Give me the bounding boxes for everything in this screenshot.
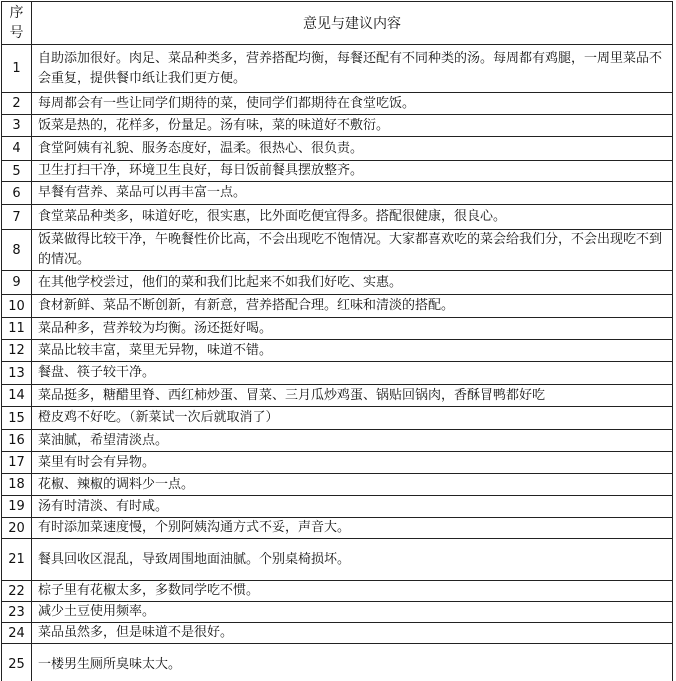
row-content: 餐具回收区混乱，导致周围地面油腻。个别桌椅损坏。 <box>32 539 673 581</box>
row-content: 自助添加很好。肉足、菜品种类多，营养搭配均衡，每餐还配有不同种类的汤。每周都有鸡… <box>32 45 673 93</box>
row-content: 食堂阿姨有礼貌、服务态度好，温柔。很热心、很负责。 <box>32 137 673 161</box>
row-number: 5 <box>2 161 32 182</box>
row-number: 6 <box>2 182 32 205</box>
row-content: 菜品虽然多，但是味道不是很好。 <box>32 623 673 644</box>
table-row: 20有时添加菜速度慢，个别阿姨沟通方式不妥，声音大。 <box>2 518 673 539</box>
table-row: 13餐盘、筷子较干净。 <box>2 362 673 385</box>
row-number: 21 <box>2 539 32 581</box>
table-row: 24菜品虽然多，但是味道不是很好。 <box>2 623 673 644</box>
table-row: 17菜里有时会有异物。 <box>2 452 673 474</box>
table-row: 2每周都会有一些让同学们期待的菜，使同学们都期待在食堂吃饭。 <box>2 93 673 115</box>
row-number: 17 <box>2 452 32 474</box>
table-row: 23减少土豆使用频率。 <box>2 602 673 623</box>
row-number: 7 <box>2 205 32 230</box>
row-content: 花椒、辣椒的调料少一点。 <box>32 474 673 496</box>
table-row: 25一楼男生厕所臭味太大。 <box>2 644 673 681</box>
table-row: 19汤有时清淡、有时咸。 <box>2 496 673 518</box>
row-number: 19 <box>2 496 32 518</box>
row-number: 3 <box>2 115 32 137</box>
row-number: 14 <box>2 385 32 407</box>
row-number: 2 <box>2 93 32 115</box>
table-row: 21餐具回收区混乱，导致周围地面油腻。个别桌椅损坏。 <box>2 539 673 581</box>
row-content: 减少土豆使用频率。 <box>32 602 673 623</box>
header-content: 意见与建议内容 <box>32 2 673 45</box>
row-content: 餐盘、筷子较干净。 <box>32 362 673 385</box>
row-content: 汤有时清淡、有时咸。 <box>32 496 673 518</box>
table-row: 15橙皮鸡不好吃。（新菜试一次后就取消了） <box>2 407 673 430</box>
row-content: 卫生打扫干净，环境卫生良好，每日饭前餐具摆放整齐。 <box>32 161 673 182</box>
row-content: 橙皮鸡不好吃。（新菜试一次后就取消了） <box>32 407 673 430</box>
row-number: 15 <box>2 407 32 430</box>
table-row: 7食堂菜品种类多，味道好吃，很实惠，比外面吃便宜得多。搭配很健康，很良心。 <box>2 205 673 230</box>
row-number: 8 <box>2 230 32 271</box>
table-row: 3饭菜是热的，花样多，份量足。汤有味，菜的味道好不敷衍。 <box>2 115 673 137</box>
table-row: 18花椒、辣椒的调料少一点。 <box>2 474 673 496</box>
row-content: 在其他学校尝过，他们的菜和我们比起来不如我们好吃、实惠。 <box>32 271 673 295</box>
table-row: 16菜油腻，希望清淡点。 <box>2 430 673 452</box>
row-content: 棕子里有花椒太多，多数同学吃不惯。 <box>32 581 673 602</box>
row-content: 菜品种多，营养较为均衡。汤还挺好喝。 <box>32 318 673 340</box>
row-number: 12 <box>2 340 32 362</box>
row-content: 一楼男生厕所臭味太大。 <box>32 644 673 681</box>
header-row: 序号 意见与建议内容 <box>2 2 673 45</box>
row-content: 食材新鲜、菜品不断创新，有新意，营养搭配合理。红味和清淡的搭配。 <box>32 295 673 318</box>
header-number-label: 序号 <box>9 3 25 43</box>
row-content: 每周都会有一些让同学们期待的菜，使同学们都期待在食堂吃饭。 <box>32 93 673 115</box>
row-number: 22 <box>2 581 32 602</box>
table-row: 4食堂阿姨有礼貌、服务态度好，温柔。很热心、很负责。 <box>2 137 673 161</box>
table-row: 8饭菜做得比较干净，午晚餐性价比高，不会出现吃不饱情况。大家都喜欢吃的菜会给我们… <box>2 230 673 271</box>
row-number: 18 <box>2 474 32 496</box>
row-number: 11 <box>2 318 32 340</box>
row-number: 24 <box>2 623 32 644</box>
row-number: 4 <box>2 137 32 161</box>
table-row: 10食材新鲜、菜品不断创新，有新意，营养搭配合理。红味和清淡的搭配。 <box>2 295 673 318</box>
row-number: 10 <box>2 295 32 318</box>
table-row: 11菜品种多，营养较为均衡。汤还挺好喝。 <box>2 318 673 340</box>
row-number: 25 <box>2 644 32 681</box>
row-content: 饭菜是热的，花样多，份量足。汤有味，菜的味道好不敷衍。 <box>32 115 673 137</box>
table-row: 9在其他学校尝过，他们的菜和我们比起来不如我们好吃、实惠。 <box>2 271 673 295</box>
row-content: 菜品挺多，糖醋里脊、西红柿炒蛋、冒菜、三月瓜炒鸡蛋、锅贴回锅肉，香酥冒鸭都好吃 <box>32 385 673 407</box>
row-content: 早餐有营养、菜品可以再丰富一点。 <box>32 182 673 205</box>
row-content: 有时添加菜速度慢，个别阿姨沟通方式不妥，声音大。 <box>32 518 673 539</box>
row-content: 菜品比较丰富，菜里无异物，味道不错。 <box>32 340 673 362</box>
feedback-table: 序号 意见与建议内容 1自助添加很好。肉足、菜品种类多，营养搭配均衡，每餐还配有… <box>1 1 673 681</box>
table-row: 1自助添加很好。肉足、菜品种类多，营养搭配均衡，每餐还配有不同种类的汤。每周都有… <box>2 45 673 93</box>
row-number: 9 <box>2 271 32 295</box>
table-row: 12菜品比较丰富，菜里无异物，味道不错。 <box>2 340 673 362</box>
header-number: 序号 <box>2 2 32 45</box>
table-row: 22棕子里有花椒太多，多数同学吃不惯。 <box>2 581 673 602</box>
row-number: 13 <box>2 362 32 385</box>
row-content: 食堂菜品种类多，味道好吃，很实惠，比外面吃便宜得多。搭配很健康，很良心。 <box>32 205 673 230</box>
table-body: 1自助添加很好。肉足、菜品种类多，营养搭配均衡，每餐还配有不同种类的汤。每周都有… <box>2 45 673 681</box>
row-content: 菜里有时会有异物。 <box>32 452 673 474</box>
row-number: 23 <box>2 602 32 623</box>
table-row: 14菜品挺多，糖醋里脊、西红柿炒蛋、冒菜、三月瓜炒鸡蛋、锅贴回锅肉，香酥冒鸭都好… <box>2 385 673 407</box>
row-content: 菜油腻，希望清淡点。 <box>32 430 673 452</box>
row-number: 16 <box>2 430 32 452</box>
table-row: 6早餐有营养、菜品可以再丰富一点。 <box>2 182 673 205</box>
row-number: 20 <box>2 518 32 539</box>
table-row: 5卫生打扫干净，环境卫生良好，每日饭前餐具摆放整齐。 <box>2 161 673 182</box>
row-number: 1 <box>2 45 32 93</box>
row-content: 饭菜做得比较干净，午晚餐性价比高，不会出现吃不饱情况。大家都喜欢吃的菜会给我们分… <box>32 230 673 271</box>
